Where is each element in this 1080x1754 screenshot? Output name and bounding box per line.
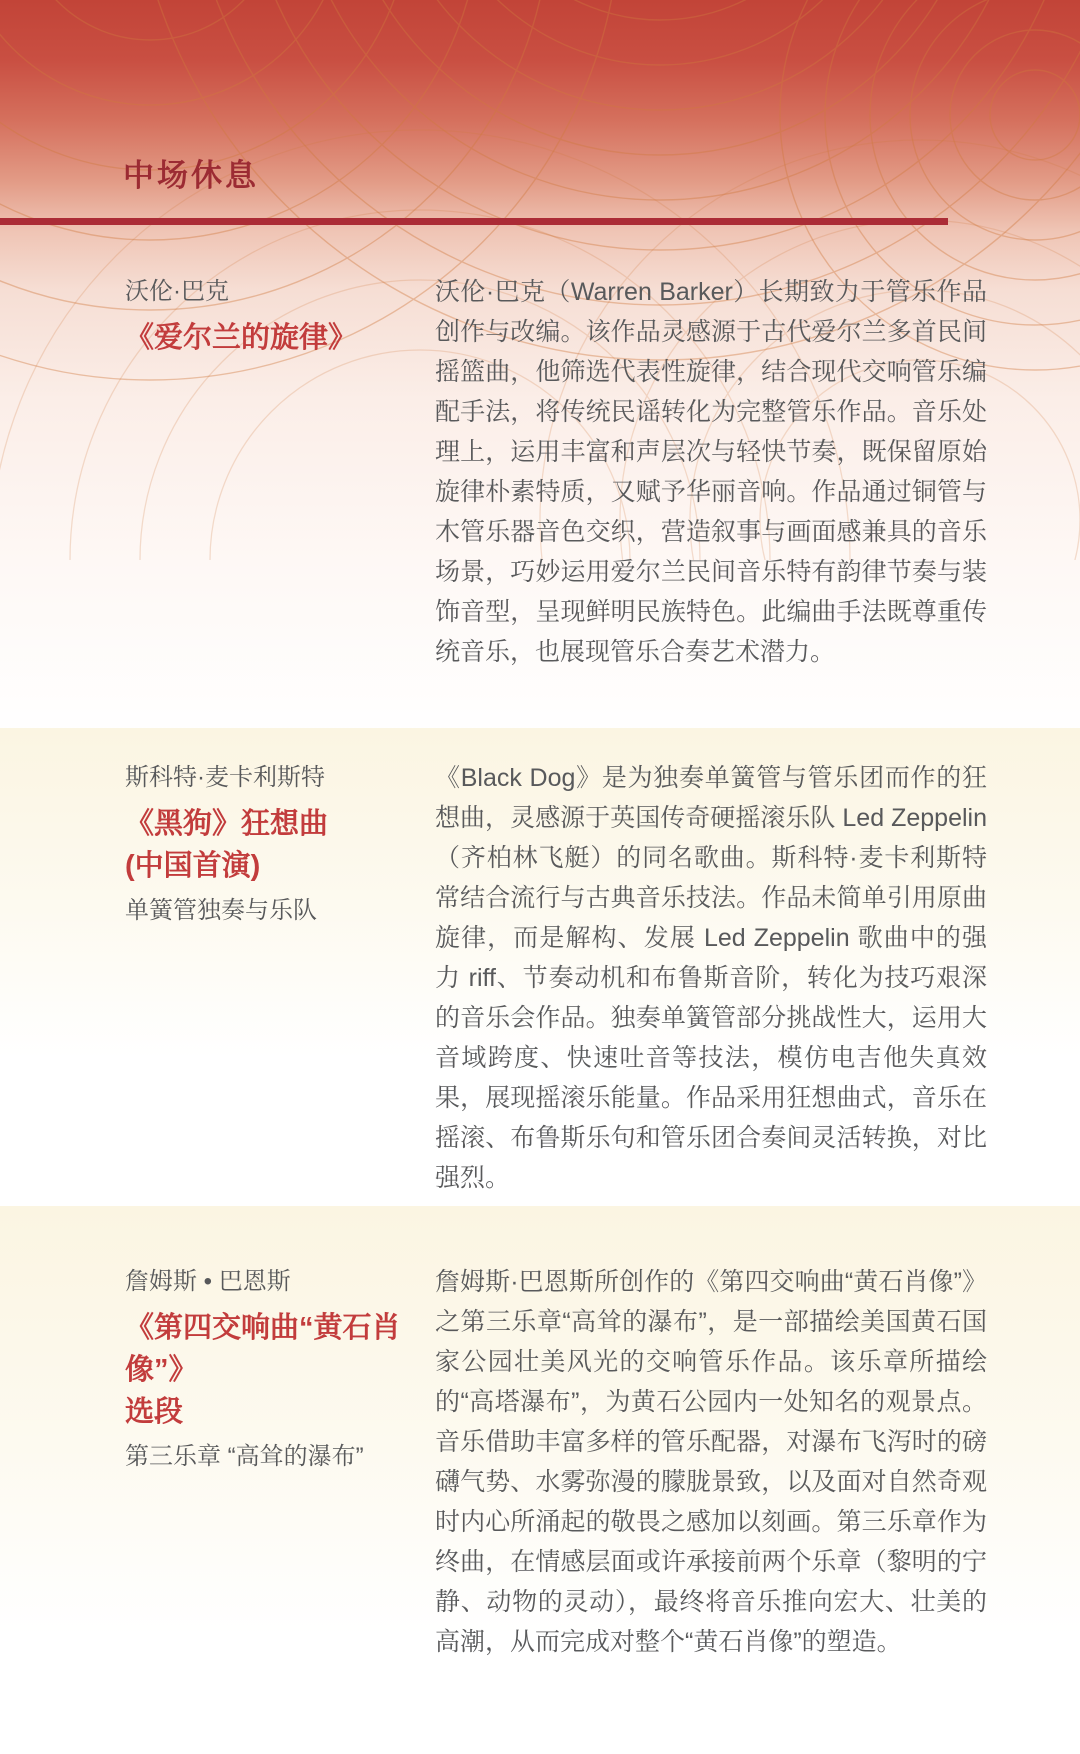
program-item-left-column: 斯科特·麦卡利斯特 《黑狗》狂想曲 (中国首演) 单簧管独奏与乐队 xyxy=(125,758,425,1198)
program-item-left-column: 沃伦·巴克 《爱尔兰的旋律》 xyxy=(125,272,425,672)
program-item-black-dog: 斯科特·麦卡利斯特 《黑狗》狂想曲 (中国首演) 单簧管独奏与乐队 《Black… xyxy=(0,758,1080,1198)
program-item-right-column: 詹姆斯·巴恩斯所创作的《第四交响曲“黄石肖像”》之第三乐章“高耸的瀑布”，是一部… xyxy=(435,1262,987,1662)
composer-name: 沃伦·巴克 xyxy=(125,272,425,312)
work-description: 詹姆斯·巴恩斯所创作的《第四交响曲“黄石肖像”》之第三乐章“高耸的瀑布”，是一部… xyxy=(435,1262,987,1662)
composer-name: 詹姆斯 • 巴恩斯 xyxy=(125,1262,425,1302)
composer-name: 斯科特·麦卡利斯特 xyxy=(125,758,425,798)
work-premiere-note: (中国首演) xyxy=(125,845,425,887)
header-divider xyxy=(0,218,948,225)
program-item-irish-melodies: 沃伦·巴克 《爱尔兰的旋律》 沃伦·巴克（Warren Barker）长期致力于… xyxy=(0,272,1080,672)
work-subtitle: 单簧管独奏与乐队 xyxy=(125,891,425,931)
program-page: 中场休息 沃伦·巴克 《爱尔兰的旋律》 沃伦·巴克（Warren Barker）… xyxy=(0,0,1080,1754)
work-title: 《黑狗》狂想曲 xyxy=(125,803,425,845)
work-title-line2: 选段 xyxy=(125,1391,425,1433)
work-title: 《第四交响曲“黄石肖像”》 xyxy=(125,1307,425,1391)
program-item-left-column: 詹姆斯 • 巴恩斯 《第四交响曲“黄石肖像”》 选段 第三乐章 “高耸的瀑布” xyxy=(125,1262,425,1662)
work-description: 沃伦·巴克（Warren Barker）长期致力于管乐作品创作与改编。该作品灵感… xyxy=(435,272,987,672)
work-description: 《Black Dog》是为独奏单簧管与管乐团而作的狂想曲，灵感源于英国传奇硬摇滚… xyxy=(435,758,987,1198)
program-item-right-column: 《Black Dog》是为独奏单簧管与管乐团而作的狂想曲，灵感源于英国传奇硬摇滚… xyxy=(435,758,987,1198)
page-title: 中场休息 xyxy=(123,150,259,195)
program-item-yellowstone: 詹姆斯 • 巴恩斯 《第四交响曲“黄石肖像”》 选段 第三乐章 “高耸的瀑布” … xyxy=(0,1262,1080,1662)
work-title: 《爱尔兰的旋律》 xyxy=(125,317,425,359)
work-subtitle: 第三乐章 “高耸的瀑布” xyxy=(125,1437,425,1477)
program-item-right-column: 沃伦·巴克（Warren Barker）长期致力于管乐作品创作与改编。该作品灵感… xyxy=(435,272,987,672)
